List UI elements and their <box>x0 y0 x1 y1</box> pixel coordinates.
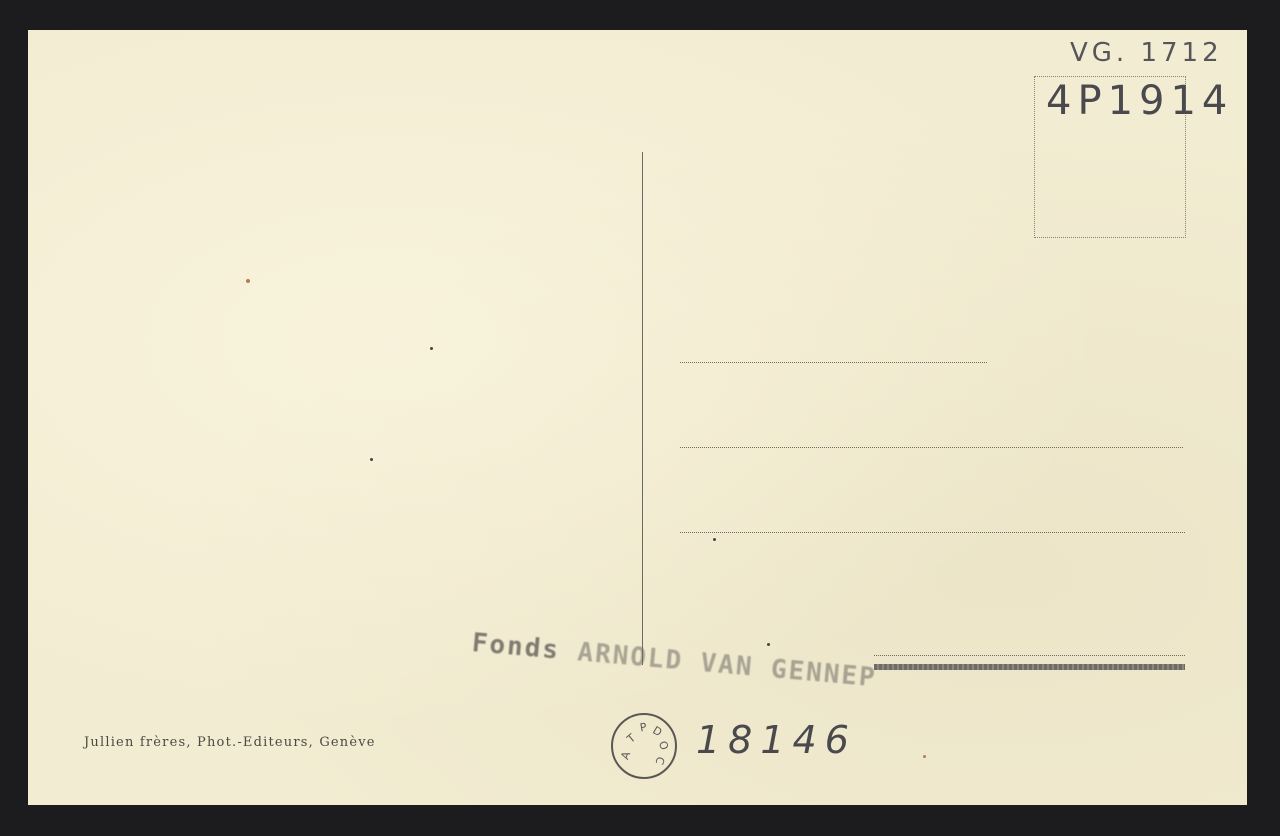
paper-speck <box>430 347 433 350</box>
handwritten-reference-top: VG. 1712 <box>1070 38 1223 68</box>
address-line-3 <box>680 532 1185 533</box>
address-line-2 <box>680 447 1183 448</box>
atp-letter: D <box>650 724 664 740</box>
publisher-imprint: Jullien frères, Phot.-Editeurs, Genève <box>84 735 376 750</box>
address-line-4 <box>874 655 1185 656</box>
fonds-archive-stamp: Fonds ARNOLD VAN GENNEP <box>471 628 878 693</box>
atp-letter: O <box>656 739 671 752</box>
postcard-back: VG. 1712 4P1914 Fonds ARNOLD VAN GENNEP … <box>28 30 1247 805</box>
address-line-1 <box>680 362 987 363</box>
paper-stain <box>246 279 250 283</box>
paper-speck <box>767 643 770 646</box>
center-divider-line <box>642 152 643 665</box>
atp-letter: C <box>652 755 667 767</box>
address-underline-bar <box>874 664 1185 670</box>
paper-stain <box>923 755 926 758</box>
atp-letter: P <box>639 721 648 735</box>
paper-speck <box>713 538 716 541</box>
handwritten-inventory-number: 18146 <box>696 718 857 762</box>
paper-speck <box>370 458 373 461</box>
atp-circular-stamp-icon: A T P D O C <box>611 713 677 779</box>
handwritten-reference-main: 4P1914 <box>1046 78 1233 124</box>
atp-letter: T <box>625 731 639 745</box>
fonds-stamp-first-word: Fonds <box>471 628 562 666</box>
fonds-stamp-name: ARNOLD VAN GENNEP <box>576 637 878 693</box>
atp-letter: A <box>618 750 633 762</box>
